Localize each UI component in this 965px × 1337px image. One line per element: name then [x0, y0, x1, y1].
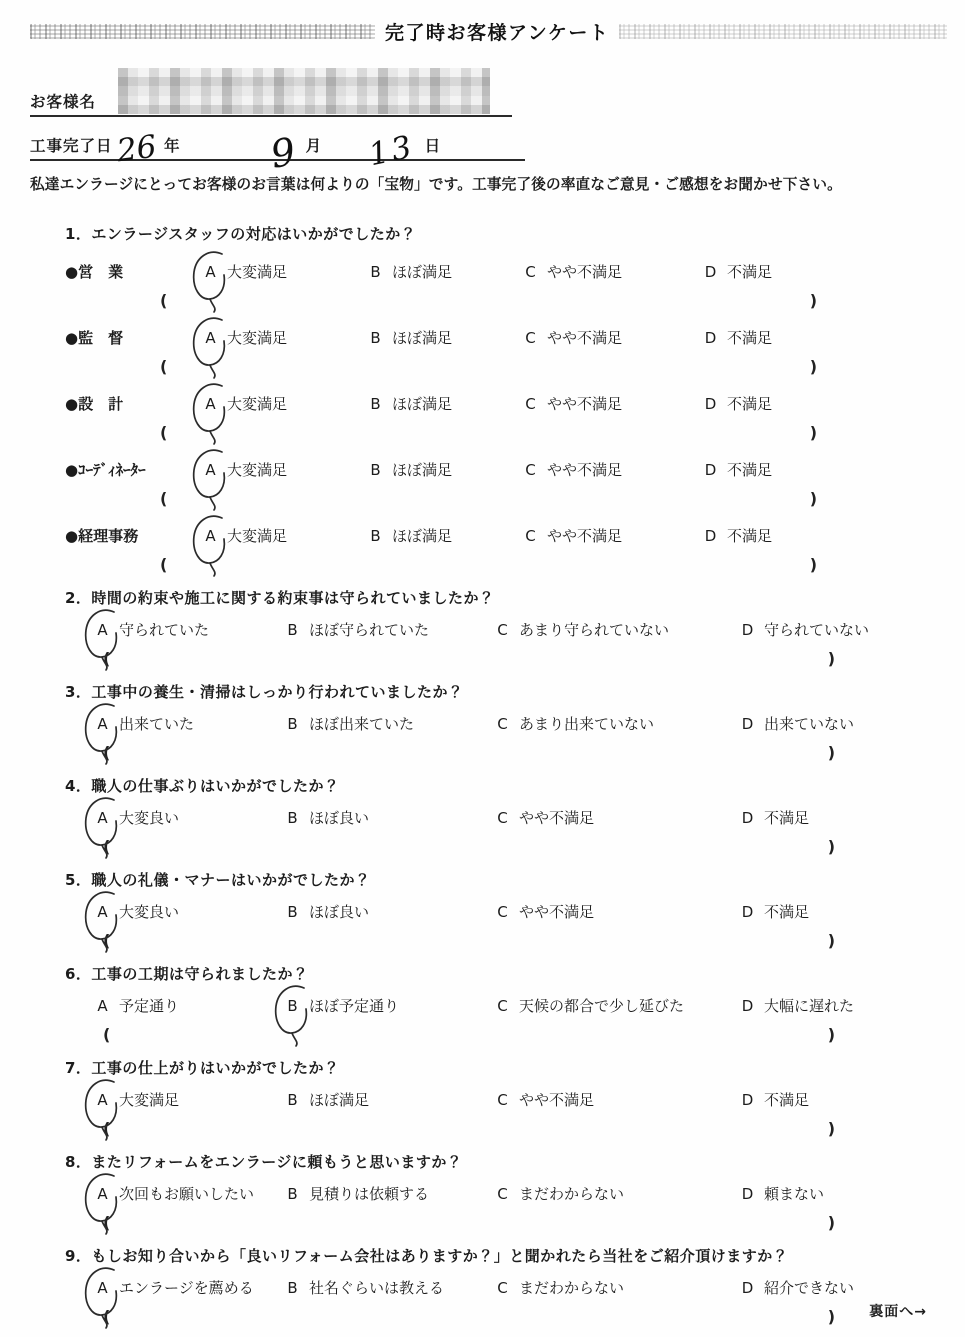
option-C: Cやや不満足: [495, 807, 740, 829]
option-C: Cやや不満足: [523, 261, 703, 283]
option-letter-area: A: [203, 327, 218, 349]
comment-open-paren: (: [103, 1307, 110, 1327]
comment-open-paren: (: [103, 649, 110, 669]
option-text: 不満足: [764, 901, 809, 923]
option-text: 守られていない: [764, 619, 869, 641]
option-D: D紹介できない: [740, 1277, 945, 1299]
option-D: D守られていない: [740, 619, 945, 641]
question-title: 8．またリフォームをエンラージに頼もうと思いますか？: [65, 1151, 945, 1173]
option-letter: A: [205, 395, 215, 413]
option-text: 不満足: [764, 807, 809, 829]
option-letter: C: [497, 997, 507, 1015]
option-letter: D: [705, 395, 717, 413]
option-letter: B: [287, 809, 297, 827]
option-letter-area: B: [368, 393, 383, 415]
option-C: Cあまり出来ていない: [495, 713, 740, 735]
option-text: 社名ぐらいは教える: [309, 1277, 444, 1299]
option-letter: B: [370, 461, 380, 479]
option-letter-area: D: [703, 525, 718, 547]
option-letter-area: D: [703, 261, 718, 283]
question-title: 9．もしお知り合いから「良いリフォーム会社はありますか？」と聞かれたら当社をご紹…: [65, 1245, 945, 1267]
option-text: やや不満足: [547, 459, 622, 481]
option-letter-area: A: [203, 525, 218, 547]
option-C: Cやや不満足: [523, 459, 703, 481]
option-text: 不満足: [727, 261, 772, 283]
option-letter-area: C: [495, 713, 510, 735]
comment-open-paren: (: [103, 1025, 110, 1045]
option-A: A守られていた: [95, 619, 285, 641]
comment-close-paren: ): [828, 1119, 835, 1139]
option-letter-area: D: [740, 713, 755, 735]
option-text: 不満足: [727, 393, 772, 415]
options-row: A大変良いBほぼ良いCやや不満足D不満足: [65, 901, 945, 923]
option-text: 大変満足: [227, 393, 287, 415]
options-row: A予定通りBほぼ予定通りC天候の都合で少し延びたD大幅に遅れた: [65, 995, 945, 1017]
comment-line: (): [65, 931, 945, 951]
option-letter: A: [97, 903, 107, 921]
options-row: ●設 計A大変満足Bほぼ満足Cやや不満足D不満足: [65, 393, 945, 415]
option-letter: D: [705, 461, 717, 479]
option-letter: A: [205, 263, 215, 281]
option-C: C天候の都合で少し延びた: [495, 995, 740, 1017]
option-letter: B: [287, 997, 297, 1015]
option-B: Bほぼ守られていた: [285, 619, 495, 641]
option-text: あまり出来ていない: [519, 713, 654, 735]
option-letter-area: A: [95, 713, 110, 735]
option-letter: C: [497, 1091, 507, 1109]
option-letter: A: [97, 621, 107, 639]
category-label: ●設 計: [65, 393, 203, 415]
option-letter-area: D: [740, 1089, 755, 1111]
comment-line: (): [65, 555, 945, 575]
option-text: やや不満足: [519, 807, 594, 829]
option-letter: A: [97, 997, 107, 1015]
comment-line: (): [65, 743, 945, 763]
form-header: 完了時お客様アンケート: [30, 18, 947, 45]
option-A: A大変満足: [203, 327, 368, 349]
option-letter: C: [525, 461, 535, 479]
option-D: D不満足: [703, 459, 945, 481]
option-A: A予定通り: [95, 995, 285, 1017]
question-9: 9．もしお知り合いから「良いリフォーム会社はありますか？」と聞かれたら当社をご紹…: [65, 1245, 945, 1327]
option-text: ほぼ満足: [392, 525, 452, 547]
option-A: A大変満足: [95, 1089, 285, 1111]
option-letter: D: [705, 329, 717, 347]
option-A: A出来ていた: [95, 713, 285, 735]
question-1: 1．エンラージスタッフの対応はいかがでしたか？●営 業A大変満足Bほぼ満足Cやや…: [65, 223, 945, 575]
option-text: 天候の都合で少し延びた: [519, 995, 684, 1017]
option-letter-area: A: [203, 459, 218, 481]
option-text: やや不満足: [547, 525, 622, 547]
options-row: ●経理事務A大変満足Bほぼ満足Cやや不満足D不満足: [65, 525, 945, 547]
comment-open-paren: (: [103, 1119, 110, 1139]
option-B: Bほぼ出来ていた: [285, 713, 495, 735]
intro-text: 私達エンラージにとってお客様のお言葉は何よりの「宝物」です。工事完了後の率直なご…: [30, 176, 937, 194]
comment-line: (): [65, 649, 945, 669]
option-text: 次回もお願いしたい: [119, 1183, 254, 1205]
option-letter: A: [97, 715, 107, 733]
comment-open-paren: (: [160, 423, 167, 443]
option-letter: C: [525, 329, 535, 347]
option-letter: D: [742, 1279, 754, 1297]
option-B: Bほぼ予定通り: [285, 995, 495, 1017]
option-B: Bほぼ満足: [368, 525, 523, 547]
option-text: やや不満足: [519, 901, 594, 923]
option-letter: C: [525, 263, 535, 281]
option-text: 大幅に遅れた: [764, 995, 854, 1017]
option-A: A次回もお願いしたい: [95, 1183, 285, 1205]
option-B: Bほぼ満足: [368, 393, 523, 415]
comment-line: (): [65, 489, 945, 509]
question-title: 2．時間の約束や施工に関する約束事は守られていましたか？: [65, 587, 945, 609]
option-C: Cやや不満足: [523, 525, 703, 547]
option-A: Aエンラージを薦める: [95, 1277, 285, 1299]
scan-noise-left: [30, 24, 375, 39]
option-A: A大変満足: [203, 459, 368, 481]
comment-close-paren: ): [828, 1307, 835, 1327]
option-letter: D: [742, 715, 754, 733]
option-text: やや不満足: [547, 393, 622, 415]
option-D: D不満足: [703, 261, 945, 283]
option-letter-area: A: [95, 1183, 110, 1205]
comment-open-paren: (: [103, 1213, 110, 1233]
option-text: 予定通り: [119, 995, 179, 1017]
option-letter: B: [287, 1279, 297, 1297]
option-C: Cやや不満足: [523, 393, 703, 415]
handwritten-day: 13: [367, 135, 417, 169]
option-text: ほぼ良い: [309, 901, 369, 923]
option-letter-area: C: [495, 901, 510, 923]
option-letter: A: [205, 329, 215, 347]
option-text: 頼まない: [764, 1183, 824, 1205]
option-B: B社名ぐらいは教える: [285, 1277, 495, 1299]
comment-close-paren: ): [828, 649, 835, 669]
completion-date-field: 工事完了日 26 年 9 月 13 日: [30, 119, 525, 161]
option-letter: C: [497, 715, 507, 733]
option-letter-area: C: [523, 327, 538, 349]
option-text: ほぼ予定通り: [309, 995, 399, 1017]
option-text: やや不満足: [519, 1089, 594, 1111]
options-row: ●営 業A大変満足Bほぼ満足Cやや不満足D不満足: [65, 261, 945, 283]
comment-line: (): [65, 291, 945, 311]
option-letter: D: [742, 809, 754, 827]
comment-close-paren: ): [810, 555, 817, 575]
option-text: 不満足: [727, 327, 772, 349]
option-letter-area: C: [495, 1089, 510, 1111]
option-letter-area: B: [285, 619, 300, 641]
options-row: A次回もお願いしたいB見積りは依頼するCまだわからないD頼まない: [65, 1183, 945, 1205]
option-text: あまり守られていない: [519, 619, 669, 641]
option-D: D不満足: [740, 901, 945, 923]
options-row: ●監 督A大変満足Bほぼ満足Cやや不満足D不満足: [65, 327, 945, 349]
option-letter: A: [97, 1091, 107, 1109]
comment-close-paren: ): [810, 489, 817, 509]
option-D: D不満足: [703, 327, 945, 349]
comment-close-paren: ): [828, 931, 835, 951]
year-unit: 年: [164, 134, 180, 159]
question-6: 6．工事の工期は守られましたか？A予定通りBほぼ予定通りC天候の都合で少し延びた…: [65, 963, 945, 1045]
comment-line: (): [65, 1213, 945, 1233]
option-C: Cやや不満足: [495, 901, 740, 923]
option-letter: B: [287, 715, 297, 733]
options-row: A大変良いBほぼ良いCやや不満足D不満足: [65, 807, 945, 829]
question-title: 6．工事の工期は守られましたか？: [65, 963, 945, 985]
options-row: A大変満足Bほぼ満足Cやや不満足D不満足: [65, 1089, 945, 1111]
option-text: ほぼ満足: [392, 327, 452, 349]
option-A: A大変良い: [95, 901, 285, 923]
option-B: Bほぼ満足: [368, 459, 523, 481]
option-A: A大変満足: [203, 525, 368, 547]
option-letter-area: A: [95, 807, 110, 829]
customer-name-field: お客様名: [30, 69, 512, 117]
option-D: D大幅に遅れた: [740, 995, 945, 1017]
comment-line: (): [65, 357, 945, 377]
option-letter-area: C: [523, 459, 538, 481]
option-letter: D: [742, 1091, 754, 1109]
question-5: 5．職人の礼儀・マナーはいかがでしたか？A大変良いBほぼ良いCやや不満足D不満足…: [65, 869, 945, 951]
option-letter-area: B: [368, 459, 383, 481]
option-A: A大変満足: [203, 393, 368, 415]
option-text: 出来ていない: [764, 713, 854, 735]
comment-line: (): [65, 423, 945, 443]
option-letter: D: [742, 997, 754, 1015]
option-B: Bほぼ良い: [285, 901, 495, 923]
option-text: やや不満足: [547, 327, 622, 349]
option-A: A大変良い: [95, 807, 285, 829]
option-D: D頼まない: [740, 1183, 945, 1205]
option-text: ほぼ満足: [309, 1089, 369, 1111]
option-D: D不満足: [703, 525, 945, 547]
option-text: ほぼ出来ていた: [309, 713, 414, 735]
option-letter-area: C: [495, 1277, 510, 1299]
option-letter-area: B: [285, 713, 300, 735]
options-row: Aエンラージを薦めるB社名ぐらいは教えるCまだわからないD紹介できない: [65, 1277, 945, 1299]
option-C: Cやや不満足: [523, 327, 703, 349]
option-letter: B: [370, 395, 380, 413]
option-letter-area: C: [523, 261, 538, 283]
comment-close-paren: ): [828, 1025, 835, 1045]
option-letter: D: [742, 903, 754, 921]
option-B: B見積りは依頼する: [285, 1183, 495, 1205]
option-D: D不満足: [703, 393, 945, 415]
option-C: Cまだわからない: [495, 1183, 740, 1205]
option-letter-area: D: [740, 807, 755, 829]
question-title: 4．職人の仕事ぶりはいかがでしたか？: [65, 775, 945, 797]
comment-line: (): [65, 1025, 945, 1045]
option-C: Cやや不満足: [495, 1089, 740, 1111]
comment-open-paren: (: [103, 931, 110, 951]
option-letter: A: [97, 809, 107, 827]
option-text: 見積りは依頼する: [309, 1183, 429, 1205]
option-text: ほぼ良い: [309, 807, 369, 829]
option-C: Cまだわからない: [495, 1277, 740, 1299]
option-letter-area: A: [95, 1089, 110, 1111]
option-letter-area: C: [523, 393, 538, 415]
option-B: Bほぼ満足: [368, 261, 523, 283]
option-letter-area: D: [703, 393, 718, 415]
option-letter-area: D: [703, 327, 718, 349]
option-text: ほぼ満足: [392, 393, 452, 415]
option-letter-area: C: [495, 807, 510, 829]
option-letter-area: B: [285, 995, 300, 1017]
option-letter-area: C: [495, 619, 510, 641]
back-page-note: 裏面へ→: [869, 1301, 927, 1321]
comment-open-paren: (: [160, 291, 167, 311]
option-text: 不満足: [727, 459, 772, 481]
option-text: まだわからない: [519, 1183, 624, 1205]
category-label: ●営 業: [65, 261, 203, 283]
question-7: 7．工事の仕上がりはいかがでしたか？A大変満足Bほぼ満足Cやや不満足D不満足(): [65, 1057, 945, 1139]
option-letter-area: A: [95, 1277, 110, 1299]
option-B: Bほぼ良い: [285, 807, 495, 829]
option-text: まだわからない: [519, 1277, 624, 1299]
option-letter: B: [287, 621, 297, 639]
option-letter: C: [497, 1279, 507, 1297]
option-letter-area: A: [95, 995, 110, 1017]
question-title: 3．工事中の養生・清掃はしっかり行われていましたか？: [65, 681, 945, 703]
option-text: ほぼ満足: [392, 261, 452, 283]
option-letter: B: [370, 263, 380, 281]
question-title: 5．職人の礼儀・マナーはいかがでしたか？: [65, 869, 945, 891]
option-letter: C: [497, 903, 507, 921]
option-letter-area: B: [285, 1277, 300, 1299]
comment-line: (): [65, 1119, 945, 1139]
comment-open-paren: (: [103, 743, 110, 763]
option-letter-area: D: [740, 1277, 755, 1299]
option-letter: B: [370, 527, 380, 545]
comment-close-paren: ): [828, 743, 835, 763]
option-letter-area: B: [285, 807, 300, 829]
option-letter-area: D: [740, 995, 755, 1017]
option-letter-area: B: [368, 261, 383, 283]
question-3: 3．工事中の養生・清掃はしっかり行われていましたか？A出来ていたBほぼ出来ていた…: [65, 681, 945, 763]
option-text: 出来ていた: [119, 713, 194, 735]
option-A: A大変満足: [203, 261, 368, 283]
option-text: 大変満足: [227, 525, 287, 547]
option-letter-area: D: [740, 901, 755, 923]
option-letter-area: C: [523, 525, 538, 547]
comment-line: (): [65, 1307, 945, 1327]
option-text: やや不満足: [547, 261, 622, 283]
option-text: 大変良い: [119, 901, 179, 923]
category-label: ●ｺｰﾃﾞｨﾈｰﾀｰ: [65, 459, 203, 481]
form-title: 完了時お客様アンケート: [385, 18, 609, 45]
option-letter: C: [497, 621, 507, 639]
option-letter: A: [97, 1185, 107, 1203]
option-letter-area: B: [368, 327, 383, 349]
options-row: A出来ていたBほぼ出来ていたCあまり出来ていないD出来ていない: [65, 713, 945, 735]
option-B: Bほぼ満足: [285, 1089, 495, 1111]
option-text: 不満足: [764, 1089, 809, 1111]
option-letter: C: [497, 809, 507, 827]
comment-close-paren: ): [828, 1213, 835, 1233]
option-letter: A: [205, 527, 215, 545]
option-text: 大変満足: [227, 459, 287, 481]
option-text: 不満足: [727, 525, 772, 547]
option-letter-area: D: [703, 459, 718, 481]
comment-line: (): [65, 837, 945, 857]
comment-open-paren: (: [160, 555, 167, 575]
option-letter-area: B: [368, 525, 383, 547]
option-letter: B: [287, 1091, 297, 1109]
question-title: 7．工事の仕上がりはいかがでしたか？: [65, 1057, 945, 1079]
option-text: 紹介できない: [764, 1277, 854, 1299]
option-letter: A: [205, 461, 215, 479]
comment-close-paren: ): [828, 837, 835, 857]
option-text: 守られていた: [119, 619, 209, 641]
option-letter-area: A: [95, 619, 110, 641]
comment-close-paren: ): [810, 291, 817, 311]
option-letter: D: [705, 263, 717, 281]
option-text: エンラージを薦める: [119, 1277, 254, 1299]
options-row: ●ｺｰﾃﾞｨﾈｰﾀｰA大変満足Bほぼ満足Cやや不満足D不満足: [65, 459, 945, 481]
option-letter-area: B: [285, 1089, 300, 1111]
redacted-customer-name: [118, 68, 490, 114]
question-2: 2．時間の約束や施工に関する約束事は守られていましたか？A守られていたBほぼ守ら…: [65, 587, 945, 669]
day-unit: 日: [425, 134, 441, 159]
option-letter: B: [370, 329, 380, 347]
option-text: ほぼ守られていた: [309, 619, 429, 641]
comment-open-paren: (: [160, 489, 167, 509]
option-text: 大変良い: [119, 807, 179, 829]
option-text: 大変満足: [227, 327, 287, 349]
scan-noise-right: [619, 24, 947, 39]
option-letter-area: C: [495, 1183, 510, 1205]
question-title: 1．エンラージスタッフの対応はいかがでしたか？: [65, 223, 945, 245]
option-letter: B: [287, 1185, 297, 1203]
option-D: D出来ていない: [740, 713, 945, 735]
question-4: 4．職人の仕事ぶりはいかがでしたか？A大変良いBほぼ良いCやや不満足D不満足(): [65, 775, 945, 857]
option-text: 大変満足: [227, 261, 287, 283]
option-letter-area: C: [495, 995, 510, 1017]
comment-open-paren: (: [160, 357, 167, 377]
option-letter-area: A: [203, 261, 218, 283]
category-label: ●経理事務: [65, 525, 203, 547]
options-row: A守られていたBほぼ守られていたCあまり守られていないD守られていない: [65, 619, 945, 641]
handwritten-month: 9: [269, 136, 298, 170]
month-unit: 月: [306, 134, 322, 159]
comment-close-paren: ): [810, 423, 817, 443]
comment-close-paren: ): [810, 357, 817, 377]
option-letter-area: D: [740, 1183, 755, 1205]
option-letter: B: [287, 903, 297, 921]
option-D: D不満足: [740, 1089, 945, 1111]
completion-date-label: 工事完了日: [30, 134, 113, 159]
customer-name-label: お客様名: [30, 90, 96, 115]
option-letter-area: A: [95, 901, 110, 923]
option-letter: D: [742, 621, 754, 639]
option-letter-area: B: [285, 1183, 300, 1205]
option-letter: D: [705, 527, 717, 545]
handwritten-year: 26: [115, 135, 157, 164]
option-text: ほぼ満足: [392, 459, 452, 481]
option-C: Cあまり守られていない: [495, 619, 740, 641]
option-letter-area: D: [740, 619, 755, 641]
option-letter-area: A: [203, 393, 218, 415]
option-letter-area: B: [285, 901, 300, 923]
option-letter: C: [497, 1185, 507, 1203]
question-8: 8．またリフォームをエンラージに頼もうと思いますか？A次回もお願いしたいB見積り…: [65, 1151, 945, 1233]
option-B: Bほぼ満足: [368, 327, 523, 349]
option-letter: C: [525, 527, 535, 545]
option-text: 大変満足: [119, 1089, 179, 1111]
option-letter: C: [525, 395, 535, 413]
option-letter: A: [97, 1279, 107, 1297]
option-D: D不満足: [740, 807, 945, 829]
comment-open-paren: (: [103, 837, 110, 857]
category-label: ●監 督: [65, 327, 203, 349]
option-letter: D: [742, 1185, 754, 1203]
